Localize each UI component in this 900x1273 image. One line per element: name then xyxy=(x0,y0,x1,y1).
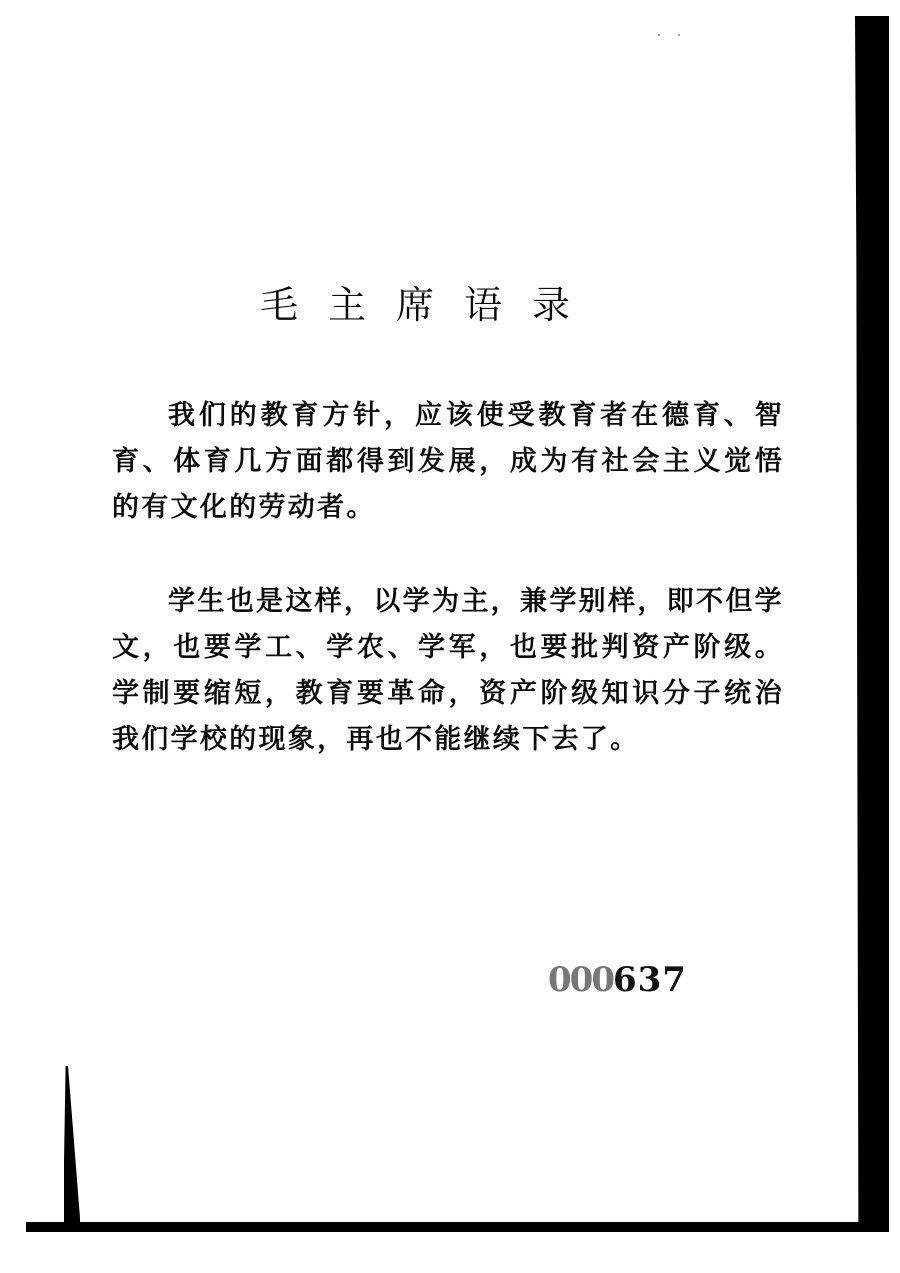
scan-edge-bottom xyxy=(26,1222,889,1232)
page-number-value: 637 xyxy=(613,960,687,1000)
scanned-page: 毛主席语录 我们的教育方针，应该使受教育者在德育、智育、体育几方面都得到发展，成… xyxy=(0,0,900,1273)
quote-paragraph-2: 学生也是这样，以学为主，兼学别样，即不但学文，也要学工、学农、学军，也要批判资产… xyxy=(112,579,784,763)
scan-dust xyxy=(678,34,680,36)
page-number: 000637 xyxy=(548,960,687,1000)
page-number-prefix: 000 xyxy=(548,960,613,1000)
scan-edge-right xyxy=(855,16,889,1228)
scan-dust xyxy=(658,34,660,36)
document-title: 毛主席语录 xyxy=(260,277,640,333)
quote-paragraph-1: 我们的教育方针，应该使受教育者在德育、智育、体育几方面都得到发展，成为有社会主义… xyxy=(112,393,784,531)
scan-edge-spike xyxy=(64,1066,80,1226)
